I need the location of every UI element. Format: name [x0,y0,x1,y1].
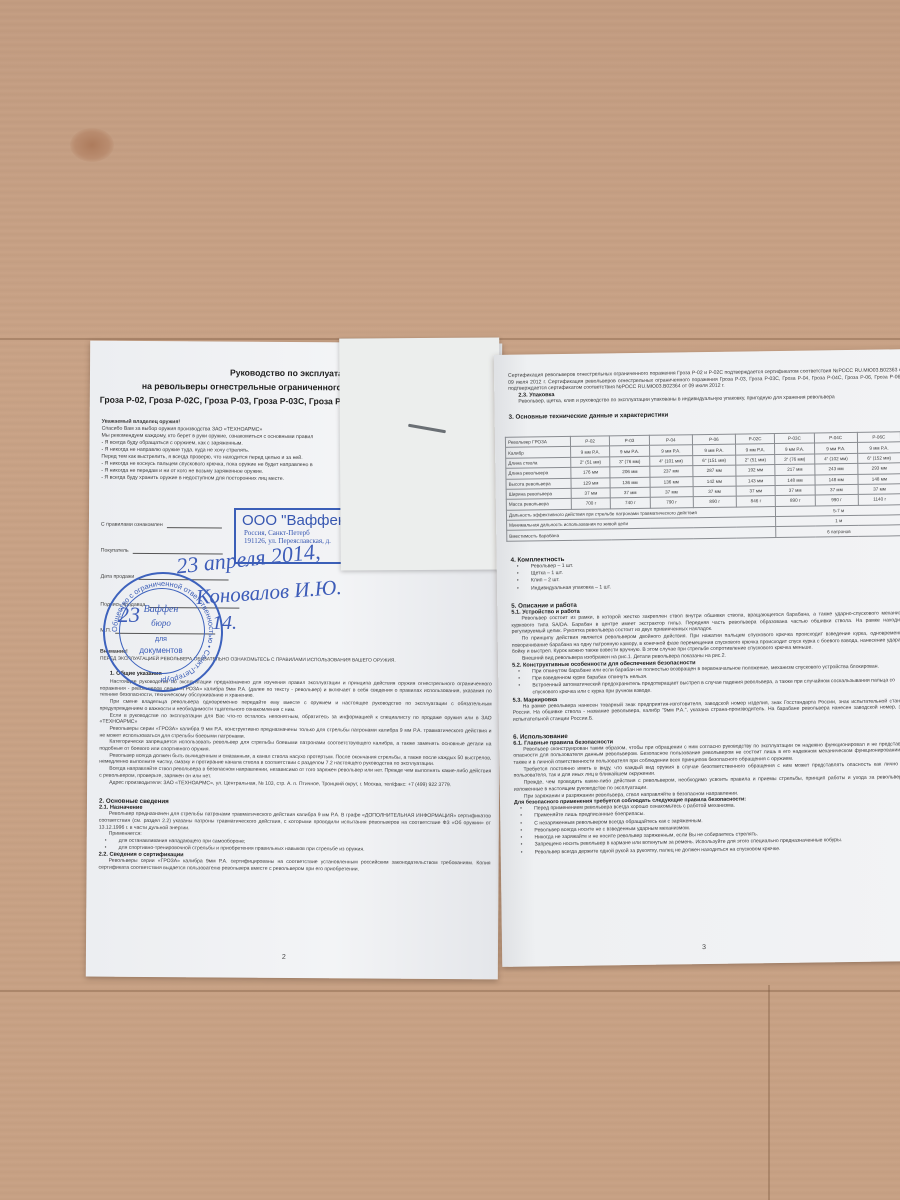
manual-models: Гроза Р-02, Гроза Р-02С, Гроза Р-03, Гро… [100,395,368,407]
table-cell: 6" (152 мм) [857,453,900,464]
sections-4-6: 4. Комплектность Револьвер – 1 шт. Щетка… [510,545,900,856]
table-cell: 4" (101 мм) [649,455,692,466]
table-cell: Р-04С [814,432,857,443]
handwritten-year: 14. [212,612,237,635]
table-cell: 176 мм [571,467,610,478]
table-cell: 990 г [815,495,858,506]
greeting-block: Уважаемый владелец оружия! Спасибо Вам з… [101,419,351,484]
table-plank-seam [768,985,770,1200]
table-cell: 192 мм [736,465,775,476]
table-cell: 890 г [776,495,815,506]
manual-title: Руководство по эксплуатаци [230,368,354,379]
table-cell: 136 мм [610,477,649,488]
table-cell: 9 мм Р.А. [571,446,610,457]
table-cell: 136 мм [650,476,693,487]
handwritten-day: 23 [118,602,140,628]
table-cell: 790 г [650,497,693,508]
table-cell: 3" (76 мм) [775,454,814,465]
table-cell: 9 мм Р.А. [649,445,692,456]
table-cell: 206 мм [610,466,649,477]
table-cell: 37 мм [736,485,775,496]
table-cell: 2" (51 мм) [736,454,775,465]
table-cell: 287 мм [693,465,736,476]
table-plank-seam [0,990,900,992]
table-cell: 740 г [611,498,650,509]
table-cell: 148 мм [775,474,814,485]
table-cell: 37 мм [775,485,814,496]
table-cell: 700 г [571,498,610,509]
seal-center-for: для [103,636,219,643]
table-cell: 37 мм [610,487,649,498]
page-number: 2 [282,954,286,961]
table-cell: Р-06С [857,432,900,443]
paragraph: Револьвер предназначен для стрельбы патр… [99,811,491,834]
table-cell: 9 мм Р.А. [735,444,774,455]
table-cell: 6" (151 мм) [692,455,735,466]
table-cell: 142 мм [693,476,736,487]
table-cell: 9 мм Р.А. [775,443,814,454]
table-cell: Р-03 [610,435,649,446]
buyer-label: Покупатель [101,548,129,554]
acquainted-label: С правилами ознакомлен [101,522,163,528]
signature-line [167,521,222,528]
table-cell: Р-02 [570,436,609,447]
table-cell: 9 мм Р.А. [692,444,735,455]
seal-center-documents: документов [103,646,219,655]
table-cell: Р-02С [735,434,774,445]
table-cell: Р-04 [649,435,692,446]
section-general: 1. Общие указания Настоящее руководство … [99,671,492,875]
table-cell: 9 мм Р.А. [610,446,649,457]
specifications-table: Револьвер ГРОЗАР-02Р-03Р-04Р-06Р-02СР-03… [505,431,900,541]
greeting-line: - Я всегда буду хранить оружие в недосту… [101,475,351,484]
table-cell: 243 мм [814,464,857,475]
table-cell: 2" (51 мм) [571,457,610,468]
page-number: 3 [702,944,706,951]
paper-slip [339,337,501,570]
table-cell: 148 мм [858,473,900,484]
table-cell: 890 г [693,496,736,507]
certification-block: Сертификация револьверов огнестрельных о… [508,367,900,420]
acquainted-field: С правилами ознакомлен [101,521,222,529]
table-cell: 9 мм Р.А. [814,443,857,454]
table-cell: 237 мм [649,466,692,477]
table-cell: 293 мм [858,463,900,474]
table-cell: 846 г [736,496,775,507]
table-cell: 9 мм Р.А. [857,442,900,453]
table-cell: 129 мм [571,477,610,488]
table-cell: 37 мм [693,486,736,497]
table-cell: 217 мм [775,464,814,475]
table-cell: Р-03С [775,433,814,444]
stamp-company-name: ООО "Ваффен бу [236,510,346,529]
table-cell: 6 патронов [776,525,900,537]
table-cell: 37 мм [650,487,693,498]
table-cell: 4" (102 мм) [814,453,857,464]
table-cell: 1140 г [858,494,900,505]
wood-knot [70,128,114,162]
table-cell: 3" (76 мм) [610,456,649,467]
paragraph: Адрес производителя: ЗАО «ТЕХНОАРМС», ул… [99,779,491,788]
table-cell: 37 мм [571,488,610,499]
table-cell: 37 мм [858,484,900,495]
paragraph: Револьверы серии «ГРОЗА» калибра 9мм Р.А… [99,858,491,874]
table-cell: Р-06 [692,434,735,445]
paragraph: На рамке револьвера нанесен товарный зна… [513,698,900,724]
section-3-heading: 3. Основные технические данные и характе… [509,408,900,421]
table-cell: 148 мм [815,474,858,485]
manual-page-right: Сертификация револьверов огнестрельных о… [494,349,900,967]
table-cell: 37 мм [815,484,858,495]
table-cell: 143 мм [736,475,775,486]
stamp-address-city: Россия, Санкт-Петерб [236,529,346,537]
